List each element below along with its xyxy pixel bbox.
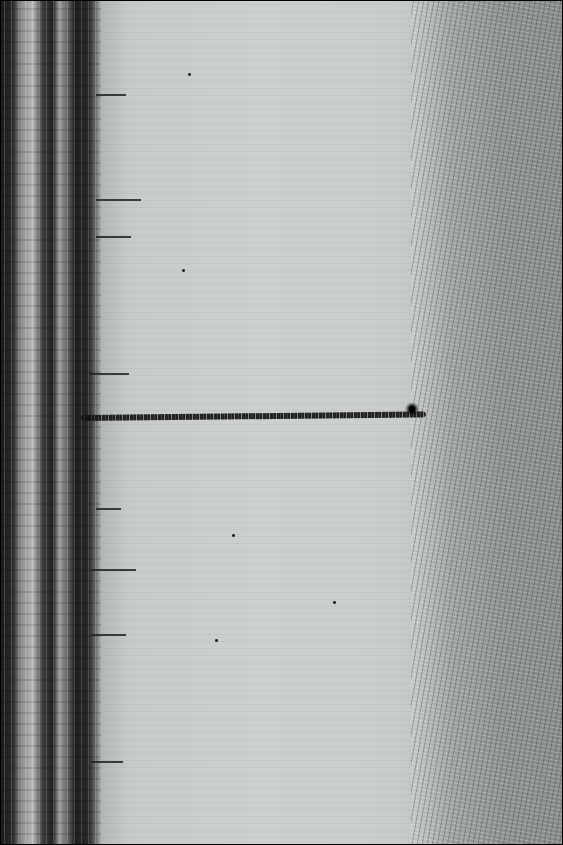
photo xyxy=(1,1,562,844)
speck xyxy=(215,639,218,642)
speck xyxy=(182,269,185,272)
calm-water xyxy=(101,1,431,844)
stake xyxy=(96,199,141,201)
stake xyxy=(89,373,129,375)
stake xyxy=(91,634,126,636)
shore-band xyxy=(1,1,101,844)
groyne-end-post xyxy=(405,402,419,416)
stake xyxy=(91,569,136,571)
stake xyxy=(96,236,131,238)
stake xyxy=(96,94,126,96)
speck xyxy=(232,534,235,537)
stake xyxy=(91,761,123,763)
speck xyxy=(333,601,336,604)
speck xyxy=(188,73,191,76)
rippled-sand xyxy=(411,1,562,844)
stake xyxy=(96,508,121,510)
